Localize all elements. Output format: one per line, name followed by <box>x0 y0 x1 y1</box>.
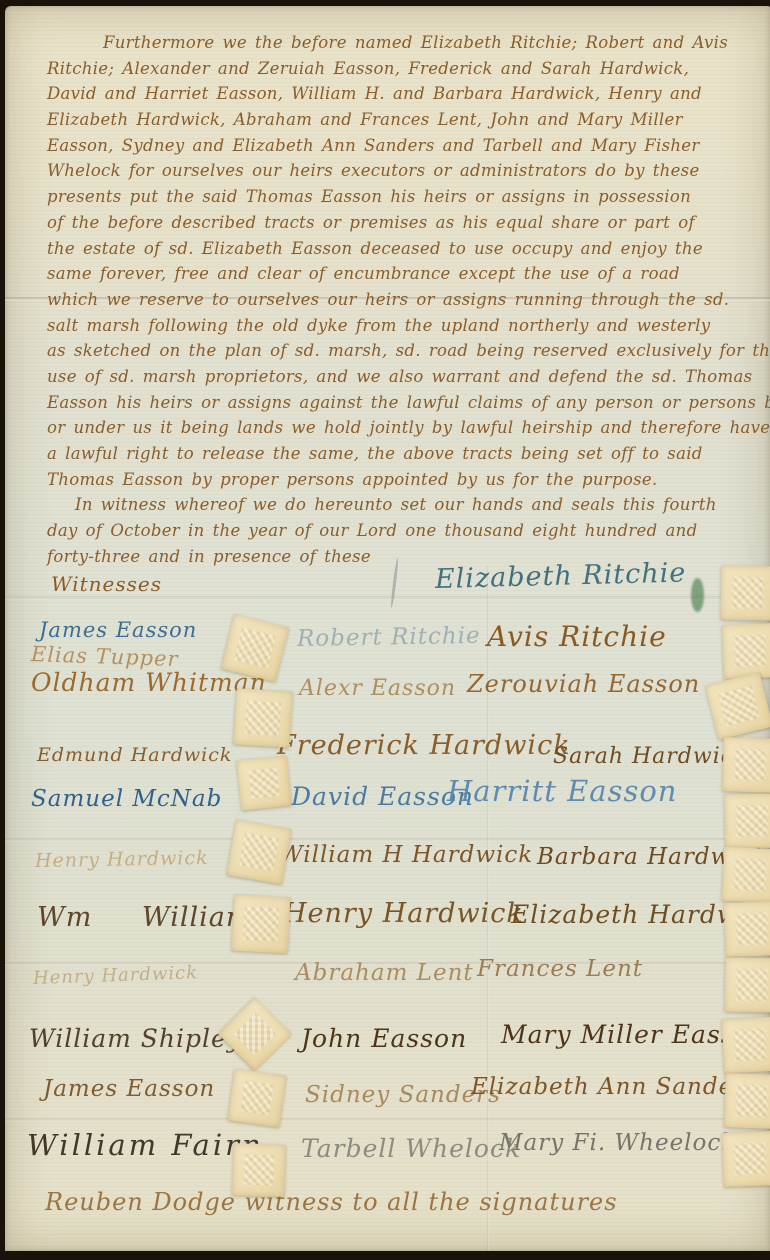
signature-james-easson: James Easson <box>39 618 197 642</box>
signature-henry-hardwick-witness-2: Henry Hardwick <box>33 962 199 989</box>
deed-line: same forever, free and clear of encumbra… <box>47 261 750 287</box>
deed-line: salt marsh following the old dyke from t… <box>47 313 750 339</box>
signature-tarbell-whelock: Tarbell Whelock <box>301 1134 521 1163</box>
signature-robert-ritchie-faded: Robert Ritchie <box>297 623 481 652</box>
deed-line: David and Harriet Easson, William H. and… <box>47 81 750 107</box>
deed-line: Easson his heirs or assigns against the … <box>47 390 750 416</box>
deed-line: as sketched on the plan of sd. marsh, sd… <box>47 338 750 364</box>
wafer-seal <box>722 1131 770 1187</box>
signature-frances-lent: Frances Lent <box>477 956 643 982</box>
deed-body: Furthermore we the before named Elizabet… <box>47 30 750 569</box>
deed-line: which we reserve to ourselves our heirs … <box>47 287 750 313</box>
deed-line: a lawful right to release the same, the … <box>47 441 750 467</box>
signature-elias-tupper: Elias Tupper <box>31 642 179 671</box>
wafer-seal <box>722 623 770 679</box>
signature-elizabeth-ritchie: Elizabeth Ritchie <box>435 557 687 595</box>
signature-zerouviah-easson: Zerouviah Easson <box>467 670 700 698</box>
signature-james-easson-2: James Easson <box>43 1076 215 1102</box>
green-ink-smudge <box>691 578 704 612</box>
photograph-background: Furthermore we the before named Elizabet… <box>0 0 770 1260</box>
deed-line: day of October in the year of our Lord o… <box>47 518 750 544</box>
signature-avis-ritchie: Avis Ritchie <box>487 620 667 653</box>
signature-alexr-easson: Alexr Easson <box>299 676 456 701</box>
wafer-seal <box>228 1069 287 1128</box>
signature-sarah-hardwick: Sarah Hardwick <box>553 744 748 769</box>
deed-line: In witness whereof we do hereunto set ou… <box>47 492 750 518</box>
wafer-seal <box>232 1143 286 1197</box>
wafer-seal <box>722 847 770 904</box>
signature-william-h-hardwick: William H Hardwick <box>279 842 533 868</box>
fold-crease <box>5 1118 770 1122</box>
wafer-seal <box>724 901 770 957</box>
signature-frederick-hardwick: Frederick Hardwick <box>277 730 571 761</box>
signature-samuel-mcnab: Samuel McNab <box>31 786 222 812</box>
wafer-seal <box>725 958 770 1013</box>
signature-mary-fi-wheelock: Mary Fi. Wheelock <box>499 1130 736 1156</box>
deed-line: Thomas Easson by proper persons appointe… <box>47 467 750 493</box>
deed-line: Whelock for ourselves our heirs executor… <box>47 158 750 184</box>
deed-line: Ritchie; Alexander and Zeruiah Easson, F… <box>47 56 750 82</box>
wafer-seal <box>722 737 770 793</box>
signature-john-easson: John Easson <box>301 1024 467 1053</box>
deed-line: the estate of sd. Elizabeth Easson decea… <box>47 236 750 262</box>
wafer-seal <box>237 756 292 811</box>
wafer-seal <box>233 688 293 748</box>
document-page: Furthermore we the before named Elizabet… <box>5 6 770 1251</box>
signature-abraham-lent: Abraham Lent <box>295 960 474 986</box>
deed-line: Furthermore we the before named Elizabet… <box>47 30 750 56</box>
deed-line: Easson, Sydney and Elizabeth Ann Sanders… <box>47 133 750 159</box>
deed-line: Elizabeth Hardwick, Abraham and Frances … <box>47 107 750 133</box>
signature-edmund-hardwick: Edmund Hardwick <box>37 744 232 766</box>
signature-henry-hardwick-witness: Henry Hardwick <box>35 847 209 872</box>
signature-william-shipley: William Shipley <box>29 1024 242 1053</box>
deed-line: of the before described tracts or premis… <box>47 210 750 236</box>
signature-oldham-whitman: Oldham Whitman <box>31 668 267 697</box>
wafer-seal <box>232 895 291 954</box>
wafer-seal <box>721 566 770 621</box>
wafer-seal <box>724 1073 770 1129</box>
wafer-seal <box>227 820 292 885</box>
deed-line: presents put the said Thomas Easson his … <box>47 184 750 210</box>
signature-henry-hardwick: Henry Hardwick <box>283 898 524 929</box>
signature-elizabeth-ann-sanders: Elizabeth Ann Sanders, <box>471 1074 766 1100</box>
wafer-seal <box>725 794 770 849</box>
signature-william-fairn: William Fairn <box>27 1128 264 1162</box>
wafer-seal <box>722 1017 770 1074</box>
witnesses-label: Witnesses <box>51 572 162 596</box>
fold-crease <box>5 596 770 600</box>
deed-line: or under us it being lands we hold joint… <box>47 415 750 441</box>
deed-line: use of sd. marsh proprietors, and we als… <box>47 364 750 390</box>
attestation-reuben-dodge: Reuben Dodge witness to all the signatur… <box>45 1188 618 1216</box>
signature-harritt-easson: Harritt Easson <box>447 774 677 808</box>
wafer-seal <box>218 997 292 1071</box>
wafer-seal <box>705 672 770 740</box>
